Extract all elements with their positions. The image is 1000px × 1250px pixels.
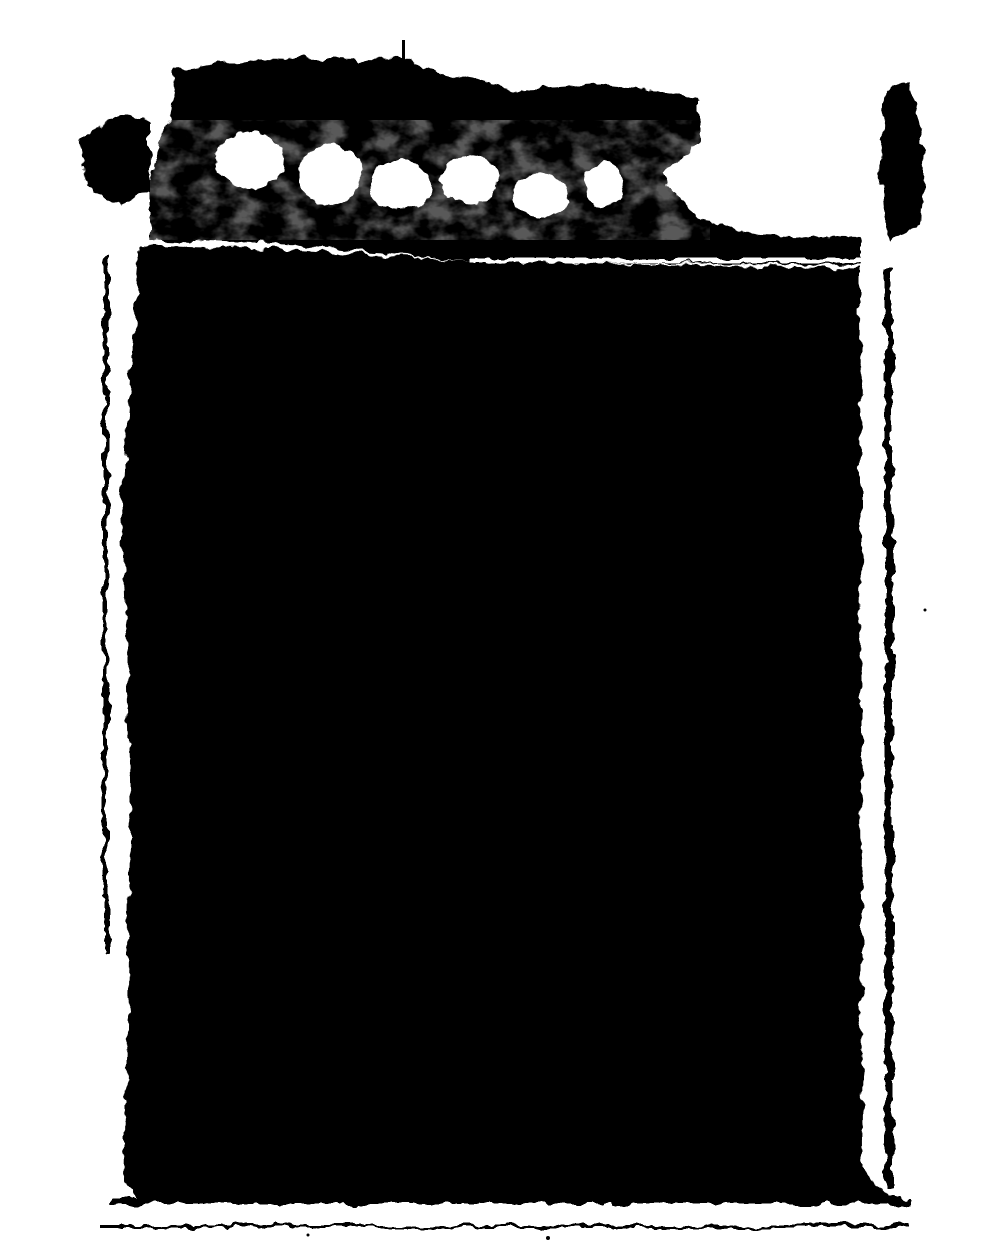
ink-texture-artwork — [0, 0, 1000, 1250]
main-ink-block — [122, 245, 890, 1200]
inner-edge-highlight — [862, 275, 868, 1145]
